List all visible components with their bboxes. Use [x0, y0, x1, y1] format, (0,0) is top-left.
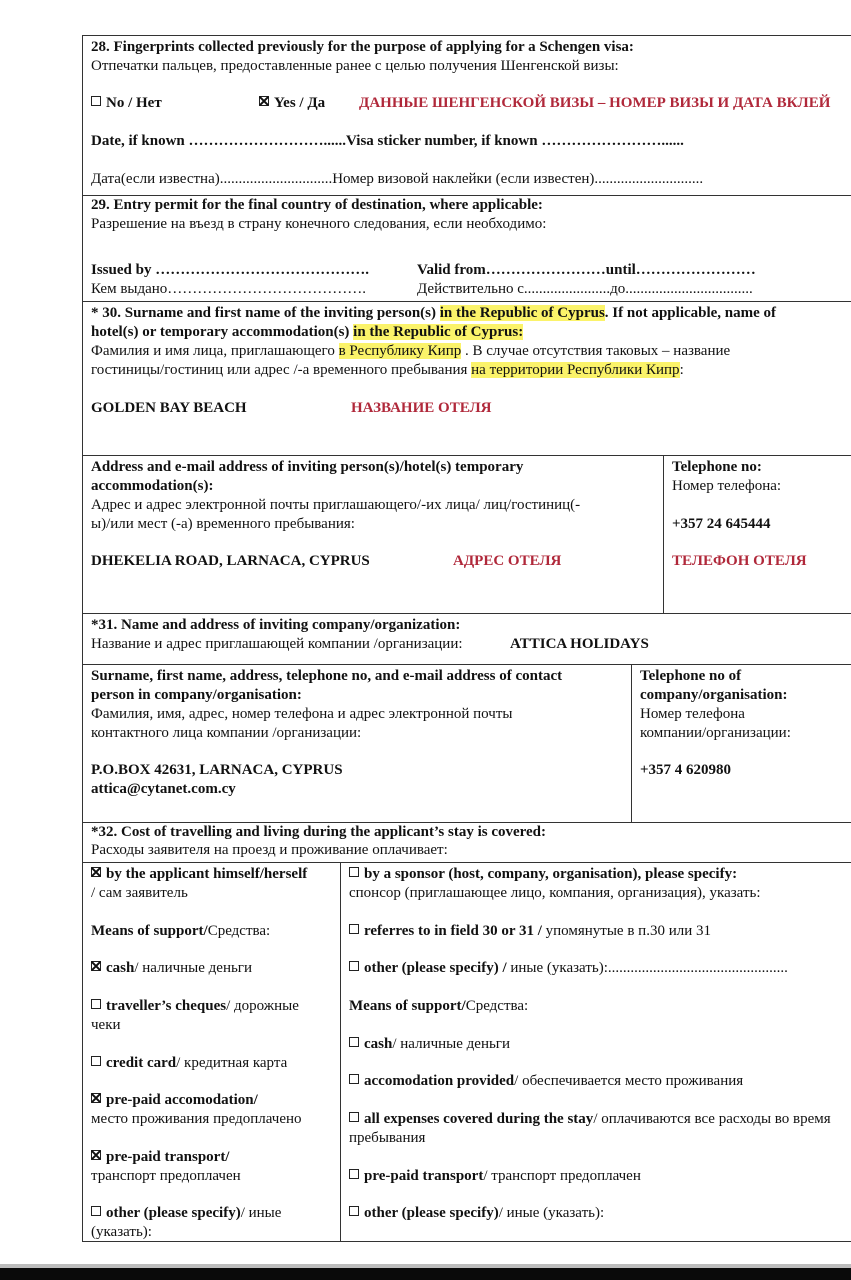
contact-address-value[interactable]: P.O.BOX 42631, LARNACA, CYPRUS [91, 761, 343, 780]
right-prepaid-transport-option[interactable]: pre-paid transport/ транспорт предоплаче… [349, 1167, 641, 1186]
section-32-options: by the applicant himself/herself / сам з… [82, 862, 851, 1242]
contact-ru-line1: Фамилия, имя, адрес, номер телефона и ад… [91, 705, 512, 724]
section-29-title: 29. Entry permit for the final country o… [91, 196, 543, 215]
hotel-name-annotation: НАЗВАНИЕ ОТЕЛЯ [351, 399, 492, 418]
section-29: 29. Entry permit for the final country o… [82, 195, 851, 301]
right-prepaid-transport-checkbox[interactable] [349, 1169, 359, 1179]
contact-title-line1: Surname, first name, address, telephone … [91, 667, 562, 686]
contact-section: Surname, first name, address, telephone … [82, 664, 851, 822]
section-30-ru-line1: Фамилия и имя лица, приглашающего в Респ… [91, 342, 730, 361]
option-applicant[interactable]: by the applicant himself/herself [91, 865, 307, 884]
right-all-expenses-checkbox[interactable] [349, 1112, 359, 1122]
left-other-checkbox[interactable] [91, 1206, 101, 1216]
no-checkbox[interactable] [91, 96, 101, 106]
option-sponsor[interactable]: by a sponsor (host, company, organisatio… [349, 865, 737, 884]
address-annotation: АДРЕС ОТЕЛЯ [453, 552, 561, 571]
left-cheques-option[interactable]: traveller’s cheques/ дорожные [91, 997, 299, 1016]
section-31-title-ru: Название и адрес приглашающей компании /… [91, 635, 463, 654]
section-28: 28. Fingerprints collected previously fo… [82, 35, 851, 195]
valid-from-field-ru[interactable]: Действительно с.......................до… [417, 280, 753, 299]
sponsor-checkbox[interactable] [349, 867, 359, 877]
left-other-ru-2: (указать): [91, 1223, 152, 1242]
right-all-expenses-option[interactable]: all expenses covered during the stay/ оп… [349, 1110, 831, 1129]
date-sticker-line-ru[interactable]: Дата(если известна).....................… [91, 170, 703, 189]
section-32-title-ru: Расходы заявителя на проезд и проживание… [91, 841, 448, 860]
address-title-line2: accommodation(s): [91, 477, 213, 496]
left-cash-checkbox[interactable] [91, 961, 101, 971]
sponsor-column: by a sponsor (host, company, organisatio… [340, 863, 851, 1241]
left-prepaid-accom-checkbox[interactable] [91, 1093, 101, 1103]
phone-title: Telephone no: [672, 458, 762, 477]
left-cheques-ru-2: чеки [91, 1016, 121, 1035]
left-prepaid-transport-checkbox[interactable] [91, 1150, 101, 1160]
company-phone-ru-line1: Номер телефона [640, 705, 745, 724]
sponsor-other-checkbox[interactable] [349, 961, 359, 971]
means-of-support-left: Means of support/Средства: [91, 922, 270, 941]
address-section: Address and e-mail address of inviting p… [82, 455, 851, 613]
option-sponsor-other[interactable]: other (please specify) / иные (указать):… [349, 959, 788, 978]
left-prepaid-transport-option[interactable]: pre-paid transport/ [91, 1148, 229, 1167]
section-32: *32. Cost of travelling and living durin… [82, 822, 851, 862]
right-cash-checkbox[interactable] [349, 1037, 359, 1047]
left-prepaid-accom-ru: место проживания предоплачено [91, 1110, 302, 1129]
address-title-line1: Address and e-mail address of inviting p… [91, 458, 523, 477]
company-phone-title-line2: company/organisation: [640, 686, 788, 705]
hotel-phone-value[interactable]: +357 24 645444 [672, 515, 771, 534]
date-sticker-line[interactable]: Date, if known ………………………......Visa stick… [91, 132, 684, 151]
section-30: * 30. Surname and first name of the invi… [82, 301, 851, 455]
applicant-checkbox[interactable] [91, 867, 101, 877]
section-30-title-line2: hotel(s) or temporary accommodation(s) i… [91, 323, 523, 342]
address-ru-line1: Адрес и адрес электронной почты приглаша… [91, 496, 580, 515]
right-all-expenses-ru-2: пребывания [349, 1129, 425, 1148]
company-phone-value[interactable]: +357 4 620980 [640, 761, 731, 780]
schengen-visa-annotation: ДАННЫЕ ШЕНГЕНСКОЙ ВИЗЫ – НОМЕР ВИЗЫ И ДА… [359, 94, 830, 113]
right-other-option[interactable]: other (please specify)/ иные (указать): [349, 1204, 604, 1223]
section-28-title-ru: Отпечатки пальцев, предоставленные ранее… [91, 57, 619, 76]
address-value[interactable]: DHEKELIA ROAD, LARNACA, CYPRUS [91, 552, 370, 571]
hotel-name-value[interactable]: GOLDEN BAY BEACH [91, 399, 247, 418]
contact-email-value[interactable]: attica@cytanet.com.cy [91, 780, 236, 799]
yes-checkbox[interactable] [259, 96, 269, 106]
valid-from-field[interactable]: Valid from……………………until…………………… [417, 261, 756, 280]
left-cheques-checkbox[interactable] [91, 999, 101, 1009]
issued-by-field[interactable]: Issued by ……………………………………. [91, 261, 369, 280]
hotel-phone-annotation: ТЕЛЕФОН ОТЕЛЯ [672, 552, 807, 571]
section-30-ru-line2: гостиницы/гостиниц или адрес /-а временн… [91, 361, 684, 380]
referres-checkbox[interactable] [349, 924, 359, 934]
right-accom-provided-checkbox[interactable] [349, 1074, 359, 1084]
option-applicant-ru: / сам заявитель [91, 884, 188, 903]
fingerprints-yes-option[interactable]: Yes / Да [259, 94, 325, 113]
applicant-column: by the applicant himself/herself / сам з… [83, 863, 340, 1241]
option-referres[interactable]: referres to in field 30 or 31 / упомянут… [349, 922, 711, 941]
left-other-option[interactable]: other (please specify)/ иные [91, 1204, 281, 1223]
phone-title-ru: Номер телефона: [672, 477, 781, 496]
left-cash-option[interactable]: cash/ наличные деньги [91, 959, 252, 978]
company-phone-title-line1: Telephone no of [640, 667, 741, 686]
section-29-title-ru: Разрешение на въезд в страну конечного с… [91, 215, 546, 234]
right-accom-provided-option[interactable]: accomodation provided/ обеспечивается ме… [349, 1072, 743, 1091]
left-prepaid-transport-ru: транспорт предоплачен [91, 1167, 241, 1186]
left-prepaid-accom-option[interactable]: pre-paid accomodation/ [91, 1091, 258, 1110]
contact-ru-line2: контактного лица компании /организации: [91, 724, 361, 743]
section-31: *31. Name and address of inviting compan… [82, 613, 851, 664]
company-phone-ru-line2: компании/организации: [640, 724, 791, 743]
page-bottom-edge [0, 1268, 851, 1280]
means-of-support-right: Means of support/Средства: [349, 997, 528, 1016]
section-28-title: 28. Fingerprints collected previously fo… [91, 38, 634, 57]
right-cash-option[interactable]: cash/ наличные деньги [349, 1035, 510, 1054]
left-credit-card-option[interactable]: credit card/ кредитная карта [91, 1054, 287, 1073]
fingerprints-no-option[interactable]: No / Нет [91, 94, 162, 113]
address-ru-line2: ы)/или мест (-а) временного пребывания: [91, 515, 355, 534]
section-30-title-line1: * 30. Surname and first name of the invi… [91, 304, 776, 323]
section-32-title: *32. Cost of travelling and living durin… [91, 823, 546, 842]
left-credit-card-checkbox[interactable] [91, 1056, 101, 1066]
issued-by-field-ru[interactable]: Кем выдано…………………………………. [91, 280, 366, 299]
right-other-checkbox[interactable] [349, 1206, 359, 1216]
section-31-title: *31. Name and address of inviting compan… [91, 616, 460, 635]
option-sponsor-ru: спонсор (приглашающее лицо, компания, ор… [349, 884, 761, 903]
company-name-value[interactable]: ATTICA HOLIDAYS [510, 635, 649, 654]
contact-title-line2: person in company/organisation: [91, 686, 302, 705]
